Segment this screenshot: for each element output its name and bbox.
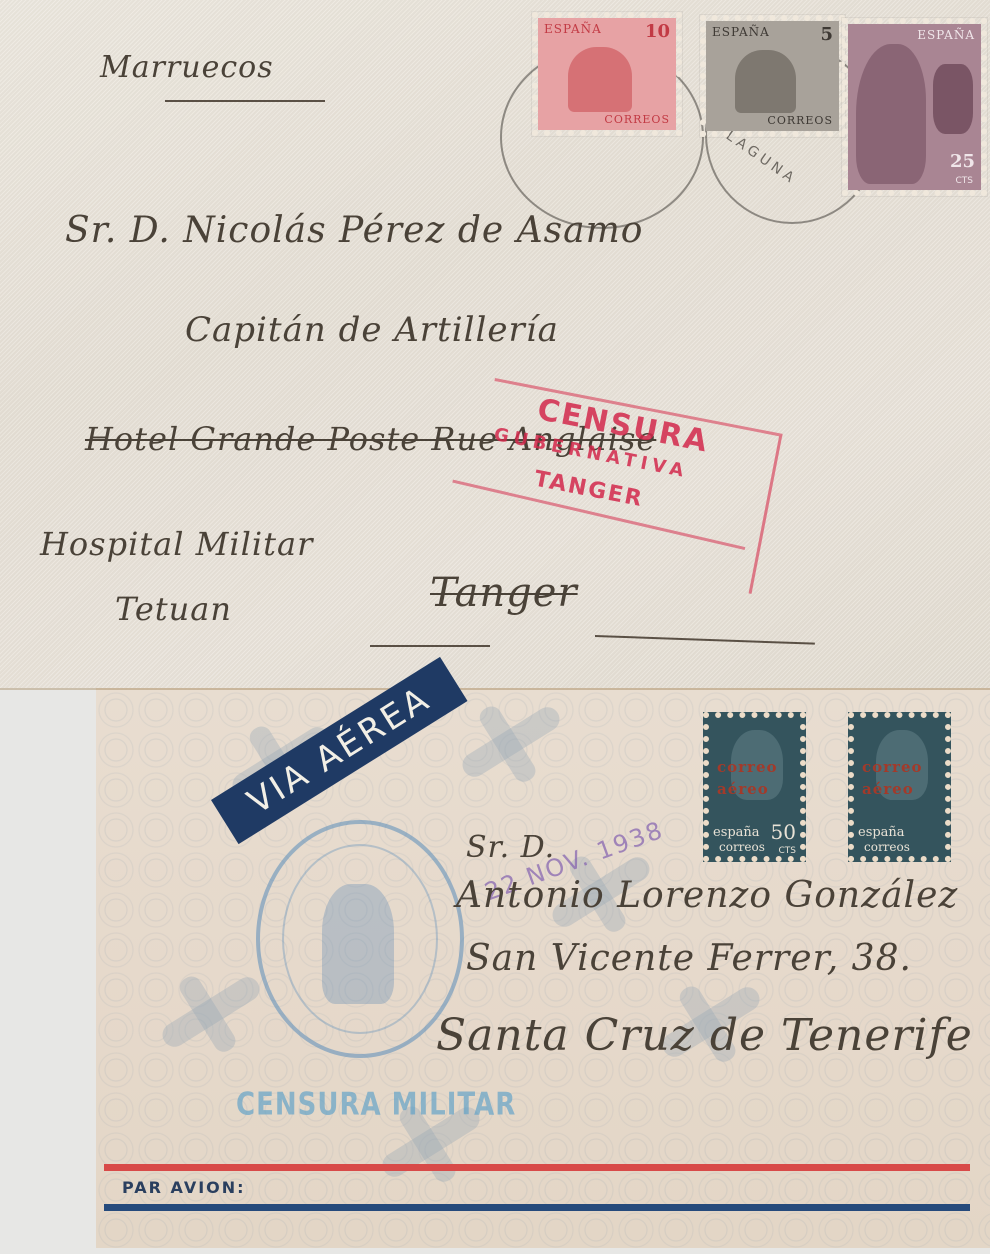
stamp-value: 10 (645, 21, 670, 42)
military-censor-oval-stamp (256, 820, 464, 1058)
airmail-stamp-1: correo aéreo españa correos 50 CTS (703, 712, 806, 862)
overprint-line-2: aéreo (717, 780, 769, 798)
bottom-envelope: VIA AÉREA CENSURA MILITAR correo aéreo e… (96, 688, 990, 1248)
stamp-10-cts: ESPAÑA 10 CORREOS (532, 12, 682, 136)
destination-note: Marruecos (100, 50, 274, 85)
coat-of-arms-icon (933, 64, 973, 134)
address-name: Sr. D. Nicolás Pérez de Asamo (65, 210, 643, 251)
address-title: Capitán de Artillería (185, 310, 559, 350)
top-envelope: Marruecos VALORES LAGUNA ESPAÑA 10 CORRE… (0, 0, 990, 690)
stamp-value: 5 (820, 24, 833, 45)
stamp-country: españa (858, 825, 905, 840)
stamp-25-cts: ESPAÑA 25 CTS (842, 18, 987, 196)
stamp-value: 50 (769, 820, 798, 844)
censor-stamp-tanger: CENSURA GUBERNATIVA TANGER (464, 378, 783, 594)
horse-rider-icon (735, 50, 796, 114)
stamp-value: 25 (950, 151, 975, 172)
stamp-country: ESPAÑA (544, 22, 602, 36)
stamp-country: ESPAÑA (917, 28, 975, 42)
stamp-footer: correos (719, 840, 765, 854)
par-avion-label: PAR AVION: (122, 1178, 246, 1197)
struck-city: Tanger (430, 570, 578, 616)
overprint-line-2: aéreo (862, 780, 914, 798)
address-name: Antonio Lorenzo González (456, 875, 958, 916)
city-underline-left (370, 645, 490, 647)
airmail-red-stripe (104, 1164, 970, 1171)
address-street: San Vicente Ferrer, 38. (466, 938, 912, 979)
stamp-country: ESPAÑA (712, 25, 770, 39)
stamp-unit: CTS (779, 846, 797, 856)
censura-militar-stamp: CENSURA MILITAR (236, 1087, 516, 1123)
censor-line-3: TANGER (532, 467, 646, 513)
stamp-unit: CTS (956, 176, 974, 186)
overprint-line-1: correo (862, 758, 923, 776)
emblem-icon (322, 884, 394, 1004)
airmail-stamp-2: correo aéreo españa correos (848, 712, 951, 862)
airmail-blue-stripe (104, 1204, 970, 1211)
airplane-pattern-icon (458, 703, 564, 782)
redirect-line-1: Hospital Militar (40, 525, 313, 563)
city-underline-right (595, 635, 815, 645)
horse-rider-icon (568, 47, 631, 112)
redirect-line-2: Tetuan (115, 590, 232, 628)
portrait-icon (856, 44, 926, 184)
destination-underline (165, 100, 325, 102)
stamp-footer: CORREOS (604, 113, 670, 126)
stamp-footer: correos (864, 840, 910, 854)
overprint-line-1: correo (717, 758, 778, 776)
address-salutation: Sr. D. (466, 830, 555, 865)
airplane-pattern-icon (158, 973, 264, 1052)
stamp-country: españa (713, 825, 760, 840)
stamp-footer: CORREOS (767, 114, 833, 127)
stamp-5-cts: ESPAÑA 5 CORREOS (700, 15, 845, 137)
address-city: Santa Cruz de Tenerife (436, 1010, 973, 1061)
